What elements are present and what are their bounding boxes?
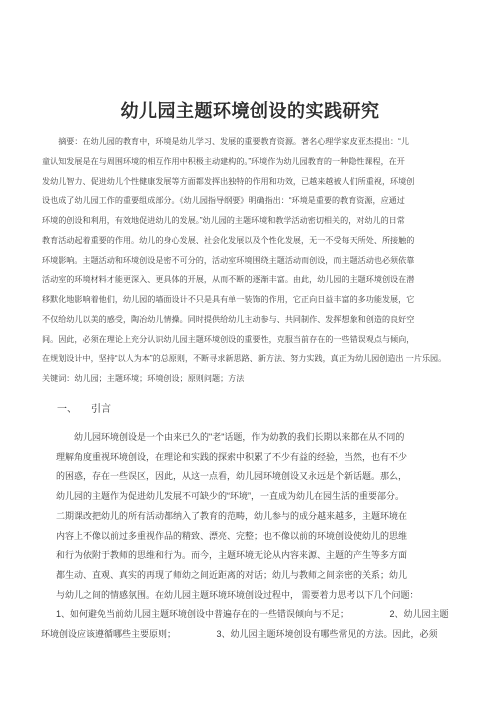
keywords-line: 关键词：幼儿园；主题环境；环境创设；原则问题；方法 bbox=[42, 369, 462, 389]
abstract-line: 移默化地影响着他们，幼儿园的墙面设计不只是具有单一装饰的作用，它正向日益丰富的多… bbox=[42, 290, 462, 310]
intro-line: 理解角度重视环境创设，在理论和实践的探索中积累了不少有益的经验，当然，也有不少 bbox=[56, 448, 436, 468]
abstract-line: 发幼儿智力、促进幼儿个性健康发展等方面都发挥出独特的作用和功效，已越来越被人们所… bbox=[42, 172, 462, 192]
introduction-paragraph: 幼儿园环境创设是一个由来已久的"老"话题，作为幼教的我们长期以来都在从不同的 理… bbox=[56, 428, 436, 645]
section-title: 引言 bbox=[91, 404, 111, 415]
abstract-paragraph: 摘要：在幼儿园的教育中，环境是幼儿学习、发展的重要教育资源。著名心理学家皮亚杰提… bbox=[42, 132, 462, 389]
intro-line: 幼儿园环境创设是一个由来已久的"老"话题，作为幼教的我们长期以来都在从不同的 bbox=[56, 428, 436, 448]
abstract-line: 环境的创设和利用，有效地促进幼儿的发展。”幼儿园的主题环境和教学活动密切相关的，… bbox=[42, 211, 462, 231]
section-number: 一、 bbox=[57, 404, 77, 415]
abstract-line: 在规划设计中，坚持“以人为本”的总原则，不断寻求新思路、新方法、努力实践，真正为… bbox=[42, 349, 462, 369]
intro-line: 和行为依附于教师的思维和行为。而今，主题环境无论从内容来源、主题的产生等多方面 bbox=[56, 546, 436, 566]
intro-line: 环境创设应该遵循哪些主要原则； 3、幼儿园主题环境创设有哪些常见的方法。因此，必… bbox=[41, 625, 436, 645]
abstract-line: 活动室的环境材料才能更深入、更具体的开展，从而不断的逐渐丰富。由此，幼儿园的主题… bbox=[42, 270, 462, 290]
abstract-line: 童认知发展是在与周围环境的相互作用中积极主动建构的。”环境作为幼儿园教育的一种隐… bbox=[42, 152, 462, 172]
intro-line: 都生动、直观、真实的再现了师幼之间近距离的对话；幼儿与教师之间亲密的关系；幼儿 bbox=[56, 566, 436, 586]
abstract-line: 摘要：在幼儿园的教育中，环境是幼儿学习、发展的重要教育资源。著名心理学家皮亚杰提… bbox=[42, 132, 462, 152]
abstract-line: 设也成了幼儿园工作的重要组成部分。《幼儿园指导纲要》明确指出：“环境是重要的教育… bbox=[42, 191, 462, 211]
document-title: 幼儿园主题环境创设的实践研究 bbox=[0, 97, 500, 123]
intro-line: 1、如何避免当前幼儿园主题环境创设中普遍存在的一些错误倾向与不足； 2、幼儿园主… bbox=[56, 605, 436, 625]
section-heading-intro: 一、引言 bbox=[57, 402, 111, 417]
intro-line: 二期课改把幼儿的所有活动都纳入了教育的范畴，幼儿参与的成分越来越多，主题环境在 bbox=[56, 507, 436, 527]
intro-line: 内容上不像以前过多重视作品的精致、漂亮、完整；也不像以前的环境创设使幼儿的思维 bbox=[56, 527, 436, 547]
intro-line: 与幼儿之间的情感氛围。在幼儿园主题环境环境创设过程中， 需要着力思考以下几个问题… bbox=[56, 586, 436, 606]
abstract-line: 教育活动起着重要的作用。幼儿的身心发展、社会化发展以及个性化发展，无一不受每天所… bbox=[42, 231, 462, 251]
document-page: 幼儿园主题环境创设的实践研究 摘要：在幼儿园的教育中，环境是幼儿学习、发展的重要… bbox=[0, 0, 500, 708]
intro-line: 的困惑，存在一些误区，因此，从这一点看，幼儿园环境创设又永远是个新话题。那么， bbox=[56, 467, 436, 487]
abstract-line: 不仅给幼儿以美的感受，陶冶幼儿情操。同时提供给幼儿主动参与、共同制作、发挥想象和… bbox=[42, 310, 462, 330]
abstract-line: 间。因此，必须在理论上充分认识幼儿园主题环境创设的重要性，克服当前存在的一些错误… bbox=[42, 330, 462, 350]
intro-line: 幼儿园的主题作为促进幼儿发展不可缺少的“环境”，一直成为幼儿在园生活的重要部分。 bbox=[56, 487, 436, 507]
abstract-line: 环境影响。主题活动和环境创设是密不可分的，活动室环境围绕主题活动而创设，而主题活… bbox=[42, 251, 462, 271]
